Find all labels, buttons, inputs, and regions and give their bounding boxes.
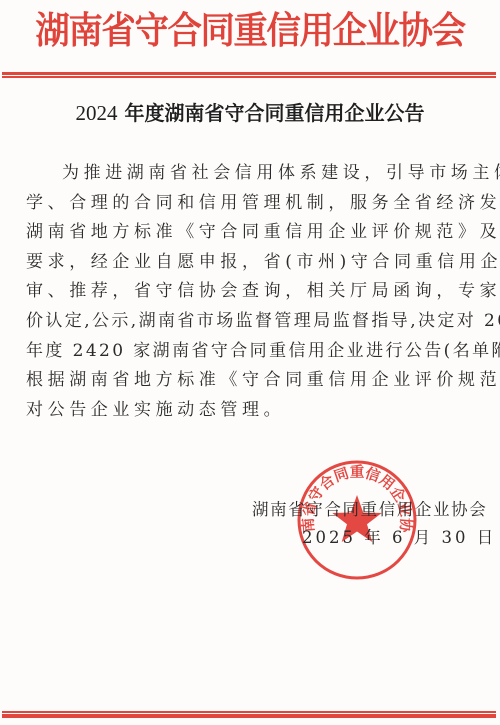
title-year: 2024 xyxy=(76,101,118,125)
title-text: 年度湖南省守合同重信用企业公告 xyxy=(124,101,424,125)
body-line: 学、合理的合同和信用管理机制，服务全省经济发展，根据 xyxy=(26,189,476,219)
body-line: 根据湖南省地方标准《守合同重信用企业评价规范》要求， xyxy=(26,366,476,396)
announcement-body: 为推进湖南省社会信用体系建设，引导市场主体建立科 学、合理的合同和信用管理机制，… xyxy=(26,159,476,425)
body-line: 为推进湖南省社会信用体系建设，引导市场主体建立科 xyxy=(26,159,476,189)
header-divider-thin xyxy=(2,76,496,78)
signature-organization: 湖南省守合同重信用企业协会 xyxy=(252,498,482,522)
footer-divider-thin xyxy=(2,711,496,713)
footer-divider-thick xyxy=(2,714,496,718)
body-line: 年度 2420 家湖南省守合同重信用企业进行公告(名单附后)。 xyxy=(26,337,476,367)
document-title: 2024 年度湖南省守合同重信用企业公告 xyxy=(0,99,500,127)
body-line: 要求，经企业自愿申报，省(市州)守合同重信用企业协会初 xyxy=(26,248,476,278)
body-line: 对公告企业实施动态管理。 xyxy=(26,396,476,426)
body-line: 湖南省地方标准《守合同重信用企业评价规范》及相关文件 xyxy=(26,218,476,248)
signature-date: 2025 年 6 月 30 日 xyxy=(302,526,496,550)
header-divider-thick xyxy=(2,72,496,75)
letterhead-title: 湖南省守合同重信用企业协会 xyxy=(18,8,483,52)
body-line: 价认定,公示,湖南省市场监督管理局监督指导,决定对 2024 xyxy=(26,307,476,337)
body-line: 审、推荐，省守信协会查询，相关厅局函询，专家委员会评 xyxy=(26,277,476,307)
